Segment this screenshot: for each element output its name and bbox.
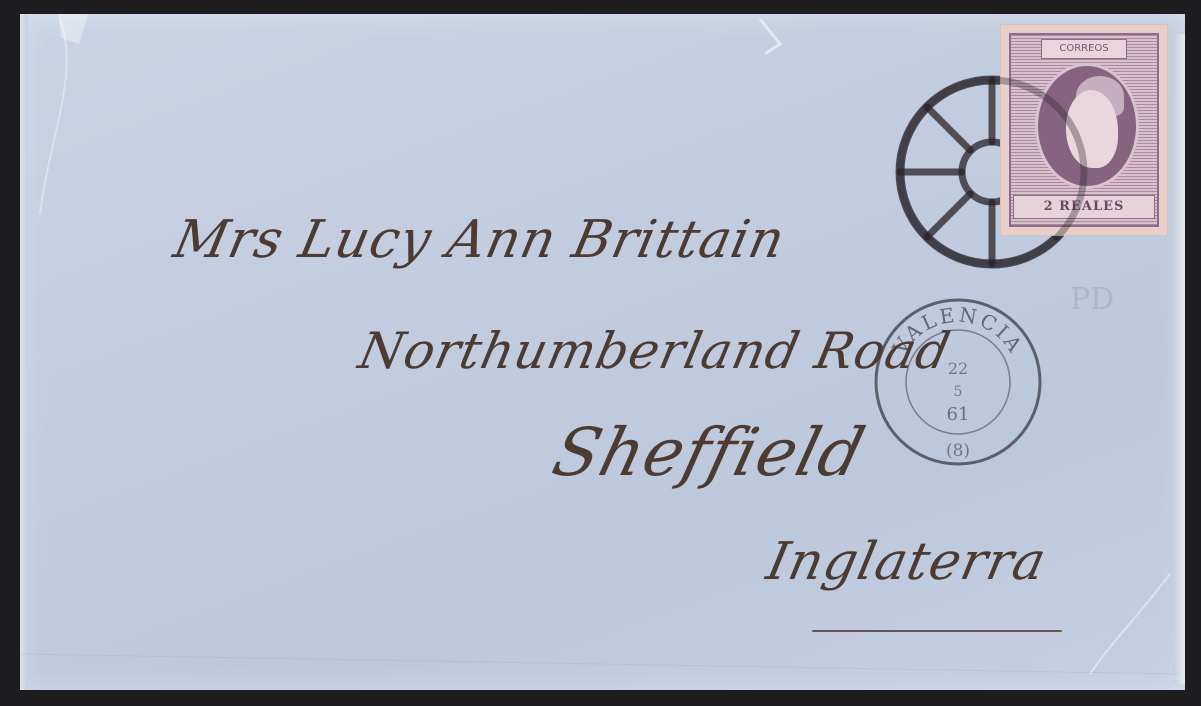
- stamp-frame: CORREOS 2 REALES: [1009, 33, 1159, 227]
- queen-profile-icon: [1066, 90, 1118, 168]
- stamp-value-label: 2 REALES: [1013, 195, 1155, 219]
- postmark-day: 22: [948, 359, 968, 378]
- paper-tear: [58, 14, 88, 44]
- postmark-code: (8): [946, 441, 970, 461]
- address-line-country: Inglaterra: [762, 532, 1052, 592]
- envelope-right-edge: [1173, 34, 1185, 684]
- postmark-year: 61: [947, 404, 970, 425]
- address-line-recipient: Mrs Lucy Ann Brittain: [169, 210, 791, 270]
- postmark-month: 5: [954, 384, 963, 400]
- envelope-left-edge: [20, 14, 28, 690]
- address-underline: [812, 630, 1062, 632]
- address-line-city: Sheffield: [545, 414, 872, 491]
- stamp-portrait: [1035, 63, 1139, 189]
- envelope: PD CORREOS 2 REALES: [20, 14, 1185, 690]
- faint-handstamp: PD: [1070, 282, 1114, 317]
- address-line-street: Northumberland Road: [354, 322, 956, 380]
- stamp-top-label: CORREOS: [1041, 39, 1127, 59]
- postage-stamp: CORREOS 2 REALES: [1000, 24, 1168, 236]
